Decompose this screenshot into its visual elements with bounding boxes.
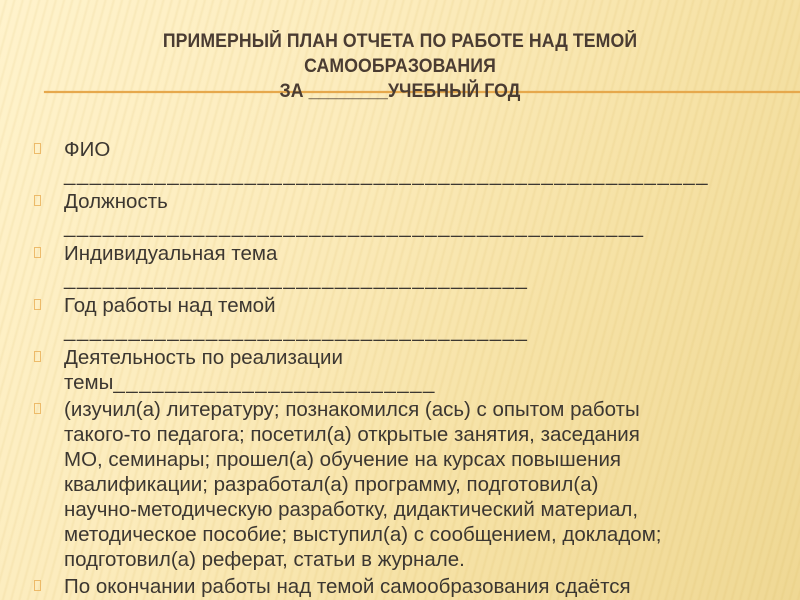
- bullet-icon: [34, 351, 41, 362]
- details-line: методическое пособие; выступил(а) с сооб…: [64, 522, 794, 547]
- bullet-icon: [34, 195, 41, 206]
- fill-in-blank: ________________________________________…: [64, 162, 794, 187]
- fill-in-blank: ____________________________________: [64, 266, 794, 291]
- list-item-activity-details: (изучил(а) литературу; познакомился (ась…: [34, 397, 794, 572]
- report-plan-list: ФИО ____________________________________…: [34, 137, 794, 600]
- details-line: такого-то педагога; посетил(а) открытые …: [64, 422, 794, 447]
- bullet-icon: [34, 143, 41, 154]
- title-line-3: ЗА ________УЧЕБНЫЙ ГОД: [28, 79, 772, 104]
- list-item-year: Год работы над темой ___________________…: [34, 293, 794, 343]
- item-label: Должность: [64, 189, 794, 214]
- bullet-icon: [34, 580, 41, 591]
- item-label: Деятельность по реализации: [64, 345, 794, 370]
- fill-in-blank: _________________________: [113, 371, 436, 394]
- details-line: научно-методическую разработку, дидактич…: [64, 497, 794, 522]
- list-item-fio: ФИО ____________________________________…: [34, 137, 794, 187]
- fill-in-blank: ____________________________________: [64, 318, 794, 343]
- item-label: Год работы над темой: [64, 293, 794, 318]
- item-label-continued: темы: [64, 371, 113, 394]
- bullet-icon: [34, 403, 41, 414]
- details-line: подготовил(а) реферат, статьи в журнале.: [64, 547, 794, 572]
- list-item-completion: По окончании работы над темой самообразо…: [34, 574, 794, 599]
- details-line: МО, семинары; прошел(а) обучение на курс…: [64, 447, 794, 472]
- bullet-icon: [34, 247, 41, 258]
- list-item-activity: Деятельность по реализации темы_________…: [34, 345, 794, 395]
- list-item-individual-topic: Индивидуальная тема ____________________…: [34, 241, 794, 291]
- details-line: (изучил(а) литературу; познакомился (ась…: [64, 397, 794, 422]
- details-line: квалификации; разработал(а) программу, п…: [64, 472, 794, 497]
- item-label: ФИО: [64, 137, 794, 162]
- completion-line: По окончании работы над темой самообразо…: [64, 574, 794, 599]
- bullet-icon: [34, 299, 41, 310]
- list-item-position: Должность ______________________________…: [34, 189, 794, 239]
- title-line-1: ПРИМЕРНЫЙ ПЛАН ОТЧЕТА ПО РАБОТЕ НАД ТЕМО…: [28, 29, 772, 54]
- title-line-2: САМООБРАЗОВАНИЯ: [28, 54, 772, 79]
- slide-title: ПРИМЕРНЫЙ ПЛАН ОТЧЕТА ПО РАБОТЕ НАД ТЕМО…: [28, 29, 772, 104]
- item-label: Индивидуальная тема: [64, 241, 794, 266]
- slide: ПРИМЕРНЫЙ ПЛАН ОТЧЕТА ПО РАБОТЕ НАД ТЕМО…: [0, 0, 800, 600]
- fill-in-blank: ________________________________________…: [64, 214, 794, 239]
